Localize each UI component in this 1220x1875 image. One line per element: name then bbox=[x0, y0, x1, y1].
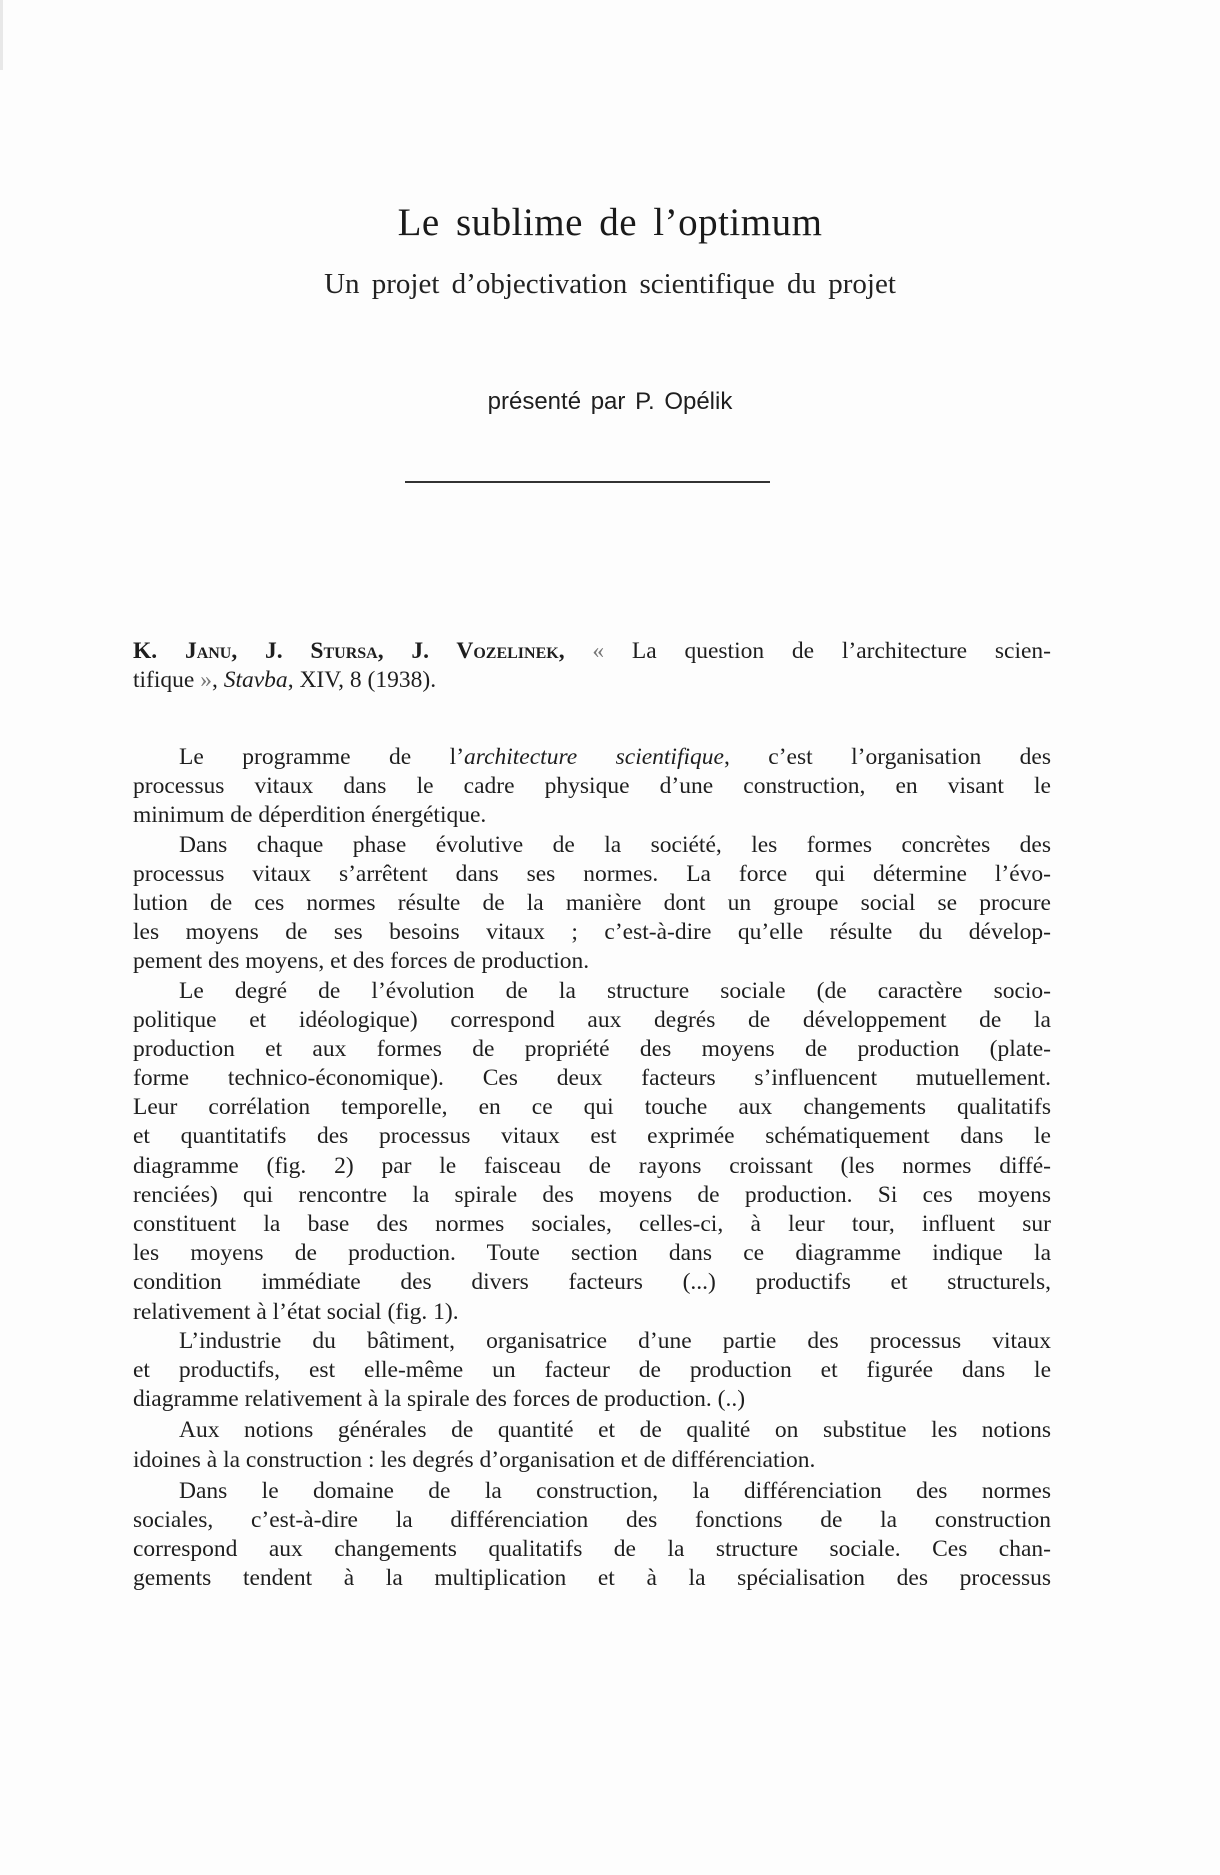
text-line: correspond aux changements qualitatifs d… bbox=[133, 1535, 1051, 1564]
text-line: renciées) qui rencontre la spirale des m… bbox=[133, 1181, 1051, 1210]
page-title: Le sublime de l’optimum bbox=[0, 200, 1220, 245]
document-page: Le sublime de l’optimum Un projet d’obje… bbox=[0, 0, 1220, 1875]
author-1: K. Janu, bbox=[133, 638, 237, 664]
paragraph-3: Le degré de l’évolution de la structure … bbox=[133, 977, 1051, 1327]
text-line: diagramme (fig. 2) par le faisceau de ra… bbox=[133, 1152, 1051, 1181]
paragraph-2: Dans chaque phase évolutive de la sociét… bbox=[133, 831, 1051, 977]
text-line: L’industrie du bâtiment, organisatrice d… bbox=[133, 1327, 1051, 1356]
text-line: Aux notions générales de quantité et de … bbox=[133, 1416, 1051, 1445]
reference-citation: K. Janu, J. Stursa, J. Vozelinek, « La q… bbox=[133, 637, 1051, 695]
paragraph-4: L’industrie du bâtiment, organisatrice d… bbox=[133, 1327, 1051, 1415]
body-text: Le programme de l’architecture scientifi… bbox=[133, 743, 1051, 1593]
text-line: processus vitaux s’arrêtent dans ses nor… bbox=[133, 860, 1051, 889]
text-line: Le programme de l’architecture scientifi… bbox=[133, 743, 1051, 772]
text-line: politique et idéologique) correspond aux… bbox=[133, 1006, 1051, 1035]
text-line: lution de ces normes résulte de la maniè… bbox=[133, 889, 1051, 918]
text-line: et quantitatifs des processus vitaux est… bbox=[133, 1122, 1051, 1151]
text-line: Leur corrélation temporelle, en ce qui t… bbox=[133, 1093, 1051, 1122]
paragraph-6: Dans le domaine de la construction, la d… bbox=[133, 1477, 1051, 1594]
text-line: production et aux formes de propriété de… bbox=[133, 1035, 1051, 1064]
text-line: sociales, c’est-à-dire la différenciatio… bbox=[133, 1506, 1051, 1535]
text-line: diagramme relativement à la spirale des … bbox=[133, 1385, 1051, 1414]
reference-title-part-1: La question de l’architecture scien- bbox=[632, 638, 1051, 664]
text-line: Dans le domaine de la construction, la d… bbox=[133, 1477, 1051, 1506]
journal-name: Stavba bbox=[224, 667, 288, 693]
text-line: et productifs, est elle-même un facteur … bbox=[133, 1356, 1051, 1385]
page-subtitle: Un projet d’objectivation scientifique d… bbox=[0, 268, 1220, 301]
scan-edge-artifact bbox=[0, 0, 3, 70]
close-quote: » bbox=[200, 667, 212, 693]
text-line: idoines à la construction : les degrés d… bbox=[133, 1446, 1051, 1475]
text-line: constituent la base des normes sociales,… bbox=[133, 1210, 1051, 1239]
open-quote: « bbox=[592, 638, 604, 664]
text-line: Dans chaque phase évolutive de la sociét… bbox=[133, 831, 1051, 860]
text-line: les moyens de production. Toute section … bbox=[133, 1239, 1051, 1268]
text-line: minimum de déperdition énergétique. bbox=[133, 801, 1051, 830]
reference-line-2: tifique », Stavba, XIV, 8 (1938). bbox=[133, 666, 1051, 695]
author-2: J. Stursa, bbox=[265, 638, 384, 664]
text-line: relativement à l’état social (fig. 1). bbox=[133, 1298, 1051, 1327]
citation-details: , XIV, 8 (1938). bbox=[288, 667, 436, 693]
presenter-credit: présenté par P. Opélik bbox=[0, 388, 1220, 416]
paragraph-5: Aux notions générales de quantité et de … bbox=[133, 1416, 1051, 1474]
paragraph-1: Le programme de l’architecture scientifi… bbox=[133, 743, 1051, 831]
reference-title-part-2: tifique bbox=[133, 667, 194, 693]
text-line: pement des moyens, et des forces de prod… bbox=[133, 947, 1051, 976]
text-line: condition immédiate des divers facteurs … bbox=[133, 1268, 1051, 1297]
text-line: forme technico-économique). Ces deux fac… bbox=[133, 1064, 1051, 1093]
text-line: processus vitaux dans le cadre physique … bbox=[133, 772, 1051, 801]
text-line: gements tendent à la multiplication et à… bbox=[133, 1564, 1051, 1593]
author-3: J. Vozelinek, bbox=[411, 638, 564, 664]
title-divider bbox=[405, 481, 770, 483]
reference-line-1: K. Janu, J. Stursa, J. Vozelinek, « La q… bbox=[133, 637, 1051, 666]
text-line: Le degré de l’évolution de la structure … bbox=[133, 977, 1051, 1006]
emphasis-architecture-scientifique: architecture scientifique bbox=[464, 744, 724, 770]
text-line: les moyens de ses besoins vitaux ; c’est… bbox=[133, 918, 1051, 947]
